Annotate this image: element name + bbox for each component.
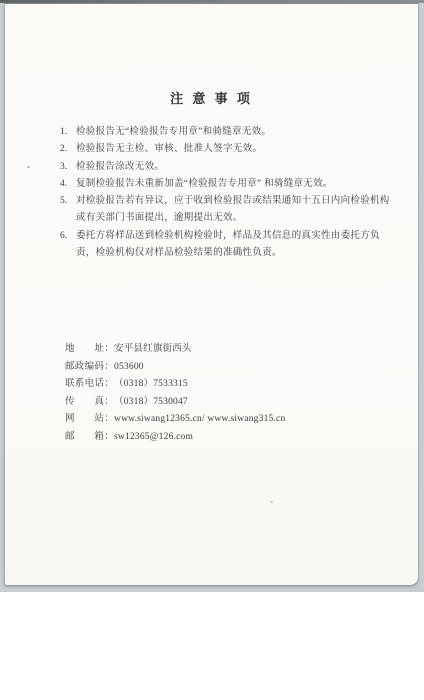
note-number: 3.: [60, 159, 76, 176]
contact-row-phone: 联系电话： （0318）7533315: [65, 376, 285, 394]
notes-list: 1. 检验报告无“检验报告专用章”和骑缝章无效。 2. 检验报告无主检、审核、批…: [60, 124, 392, 262]
note-number: 2.: [60, 141, 76, 158]
note-number: 4.: [60, 176, 76, 193]
contact-label: 邮 箱：: [65, 429, 114, 447]
screenshot-viewport: 注 意 事 项 1. 检验报告无“检验报告专用章”和骑缝章无效。 2. 检验报告…: [0, 0, 424, 700]
contact-value: 安平县红旗街西头: [114, 341, 192, 359]
note-text: 检验报告无“检验报告专用章”和骑缝章无效。: [76, 124, 392, 141]
note-item-6: 6. 委托方将样品送到检验机构检验时，样品及其信息的真实性由委托方负责，检验机构…: [60, 228, 392, 263]
note-text: 复制检验报告未重新加盖“检验报告专用章” 和骑缝章无效。: [76, 176, 392, 193]
note-item-1: 1. 检验报告无“检验报告专用章”和骑缝章无效。: [60, 124, 392, 141]
contact-row-website: 网 站： www.siwang12365.cn/ www.siwang315.c…: [65, 411, 285, 429]
note-text: 检验报告涂改无效。: [76, 159, 392, 176]
note-item-5: 5. 对检验报告若有异议，应于收到检验报告或结果通知十五日内向检验机构或有关部门…: [60, 193, 392, 228]
contact-row-postcode: 邮政编码： 053600: [65, 359, 285, 377]
contact-value: www.siwang12365.cn/ www.siwang315.cn: [114, 411, 285, 429]
page-title: 注 意 事 项: [5, 88, 418, 107]
contact-row-fax: 传 真： （0318）7530047: [65, 394, 285, 412]
document-page: 注 意 事 项 1. 检验报告无“检验报告专用章”和骑缝章无效。 2. 检验报告…: [4, 3, 418, 585]
white-margin-below-scan: [0, 592, 424, 700]
contact-block: 地 址： 安平县红旗街西头 邮政编码： 053600 联系电话： （0318）7…: [65, 341, 285, 447]
note-text: 对检验报告若有异议，应于收到检验报告或结果通知十五日内向检验机构或有关部门书面提…: [76, 193, 392, 228]
contact-row-address: 地 址： 安平县红旗街西头: [65, 341, 285, 359]
scan-speck: [270, 501, 273, 503]
note-number: 6.: [60, 228, 76, 263]
contact-value: （0318）7533315: [114, 376, 188, 394]
note-number: 5.: [60, 193, 76, 228]
note-item-2: 2. 检验报告无主检、审核、批准人签字无效。: [60, 141, 392, 158]
contact-value: 053600: [114, 359, 144, 377]
contact-label: 传 真：: [65, 394, 114, 412]
note-item-3: 3. 检验报告涂改无效。: [60, 159, 392, 176]
scan-speck: [27, 166, 30, 168]
contact-value: （0318）7530047: [114, 394, 188, 412]
contact-value: sw12365@126.com: [114, 429, 193, 447]
contact-label: 邮政编码：: [65, 359, 114, 377]
contact-label: 联系电话：: [65, 376, 114, 394]
note-text: 检验报告无主检、审核、批准人签字无效。: [76, 141, 392, 158]
contact-label: 地 址：: [65, 341, 114, 359]
contact-label: 网 站：: [65, 411, 114, 429]
note-text: 委托方将样品送到检验机构检验时，样品及其信息的真实性由委托方负责，检验机构仅对样…: [76, 228, 392, 263]
note-item-4: 4. 复制检验报告未重新加盖“检验报告专用章” 和骑缝章无效。: [60, 176, 392, 193]
note-number: 1.: [60, 124, 76, 141]
contact-row-email: 邮 箱： sw12365@126.com: [65, 429, 285, 447]
